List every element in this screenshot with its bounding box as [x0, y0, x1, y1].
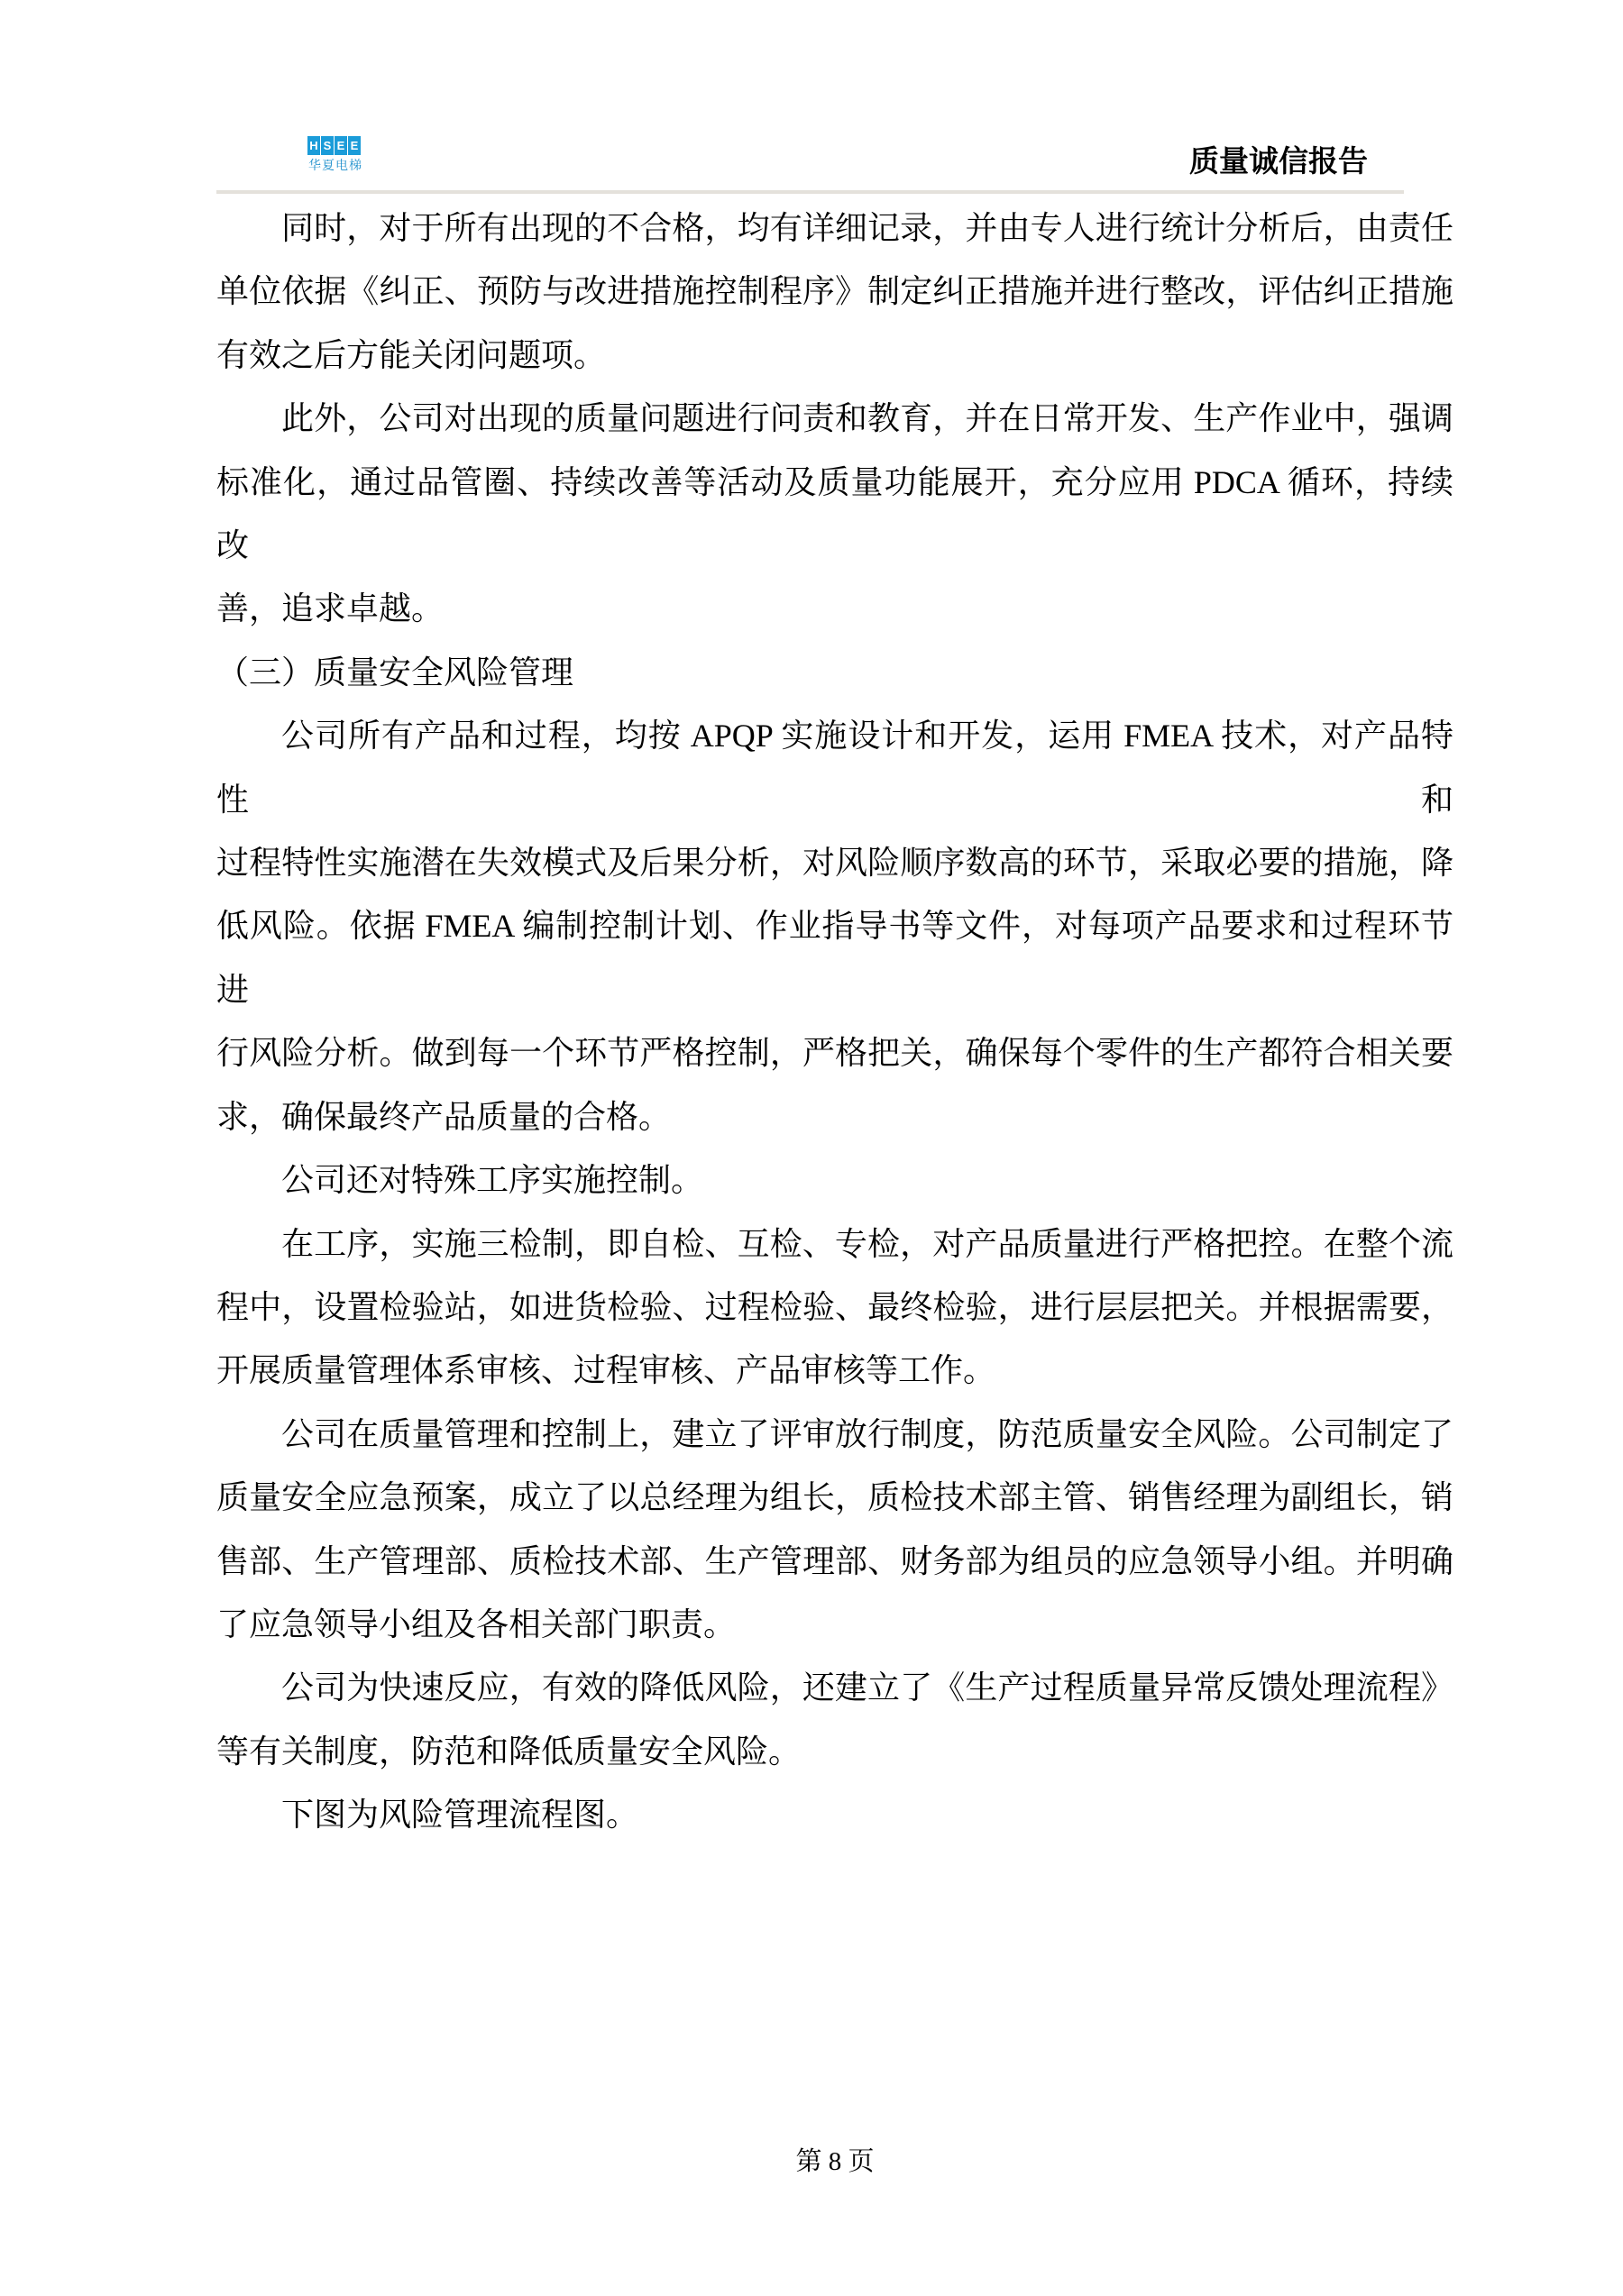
document-body: 同时，对于所有出现的不合格，均有详细记录，并由专人进行统计分析后，由责任单位依据… [216, 197, 1453, 1847]
body-line: 开展质量管理体系审核、过程审核、产品审核等工作。 [216, 1339, 1453, 1402]
logo-subtitle: 华夏电梯 [307, 159, 363, 171]
body-line: 同时，对于所有出现的不合格，均有详细记录，并由专人进行统计分析后，由责任 [216, 197, 1453, 260]
body-line: 了应急领导小组及各相关部门职责。 [216, 1593, 1453, 1656]
paragraph: 在工序，实施三检制，即自检、互检、专检，对产品质量进行严格把控。在整个流程中，设… [216, 1212, 1453, 1403]
body-line: 善，追求卓越。 [216, 577, 1453, 640]
paragraph: 此外，公司对出现的质量问题进行问责和教育，并在日常开发、生产作业中，强调标准化，… [216, 387, 1453, 641]
page-footer: 第 8 页 [216, 2146, 1453, 2177]
body-line: 过程特性实施潜在失效模式及后果分析，对风险顺序数高的环节，采取必要的措施，降 [216, 831, 1453, 894]
body-line: 下图为风险管理流程图。 [216, 1783, 1453, 1846]
logo-tile: H [307, 136, 320, 155]
body-line: 售部、生产管理部、质检技术部、生产管理部、财务部为组员的应急领导小组。并明确 [216, 1530, 1453, 1593]
paragraph: 公司在质量管理和控制上，建立了评审放行制度，防范质量安全风险。公司制定了质量安全… [216, 1403, 1453, 1657]
body-line: 等有关制度，防范和降低质量安全风险。 [216, 1720, 1453, 1783]
body-line: 低风险。依据 FMEA 编制控制计划、作业指导书等文件，对每项产品要求和过程环节… [216, 894, 1453, 1021]
body-line: 此外，公司对出现的质量问题进行问责和教育，并在日常开发、生产作业中，强调 [216, 387, 1453, 450]
body-line: 公司所有产品和过程，均按 APQP 实施设计和开发，运用 FMEA 技术，对产品… [216, 704, 1453, 831]
body-line: 在工序，实施三检制，即自检、互检、专检，对产品质量进行严格把控。在整个流 [216, 1212, 1453, 1276]
body-line: （三）质量安全风险管理 [216, 641, 1453, 704]
body-line: 单位依据《纠正、预防与改进措施控制程序》制定纠正措施并进行整改，评估纠正措施 [216, 260, 1453, 323]
body-line: 公司在质量管理和控制上，建立了评审放行制度，防范质量安全风险。公司制定了 [216, 1403, 1453, 1466]
header-title: 质量诚信报告 [1189, 144, 1368, 180]
logo-tile: E [335, 136, 347, 155]
header-rule [216, 190, 1404, 194]
body-line: 程中，设置检验站，如进货检验、过程检验、最终检验，进行层层把关。并根据需要， [216, 1276, 1453, 1339]
body-line: 标准化，通过品管圈、持续改善等活动及质量功能展开，充分应用 PDCA 循环，持续… [216, 451, 1453, 578]
paragraph: 下图为风险管理流程图。 [216, 1783, 1453, 1846]
section-heading: （三）质量安全风险管理 [216, 641, 1453, 704]
page-number: 第 8 页 [795, 2147, 874, 2176]
logo-tile: E [348, 136, 361, 155]
paragraph: 公司为快速反应，有效的降低风险，还建立了《生产过程质量异常反馈处理流程》等有关制… [216, 1656, 1453, 1783]
body-line: 公司为快速反应，有效的降低风险，还建立了《生产过程质量异常反馈处理流程》 [216, 1656, 1453, 1719]
body-line: 行风险分析。做到每一个环节严格控制，严格把关，确保每个零件的生产都符合相关要 [216, 1021, 1453, 1084]
logo-tile: S [321, 136, 334, 155]
body-line: 求，确保最终产品质量的合格。 [216, 1085, 1453, 1148]
body-line: 有效之后方能关闭问题项。 [216, 324, 1453, 387]
paragraph: 公司所有产品和过程，均按 APQP 实施设计和开发，运用 FMEA 技术，对产品… [216, 704, 1453, 1148]
paragraph: 公司还对特殊工序实施控制。 [216, 1148, 1453, 1212]
logo-tiles: HSEE [307, 136, 363, 155]
company-logo: HSEE 华夏电梯 [307, 136, 363, 171]
body-line: 公司还对特殊工序实施控制。 [216, 1148, 1453, 1212]
body-line: 质量安全应急预案，成立了以总经理为组长，质检技术部主管、销售经理为副组长，销 [216, 1466, 1453, 1529]
document-page: HSEE 华夏电梯 质量诚信报告 同时，对于所有出现的不合格，均有详细记录，并由… [0, 0, 1623, 2296]
paragraph: 同时，对于所有出现的不合格，均有详细记录，并由专人进行统计分析后，由责任单位依据… [216, 197, 1453, 387]
